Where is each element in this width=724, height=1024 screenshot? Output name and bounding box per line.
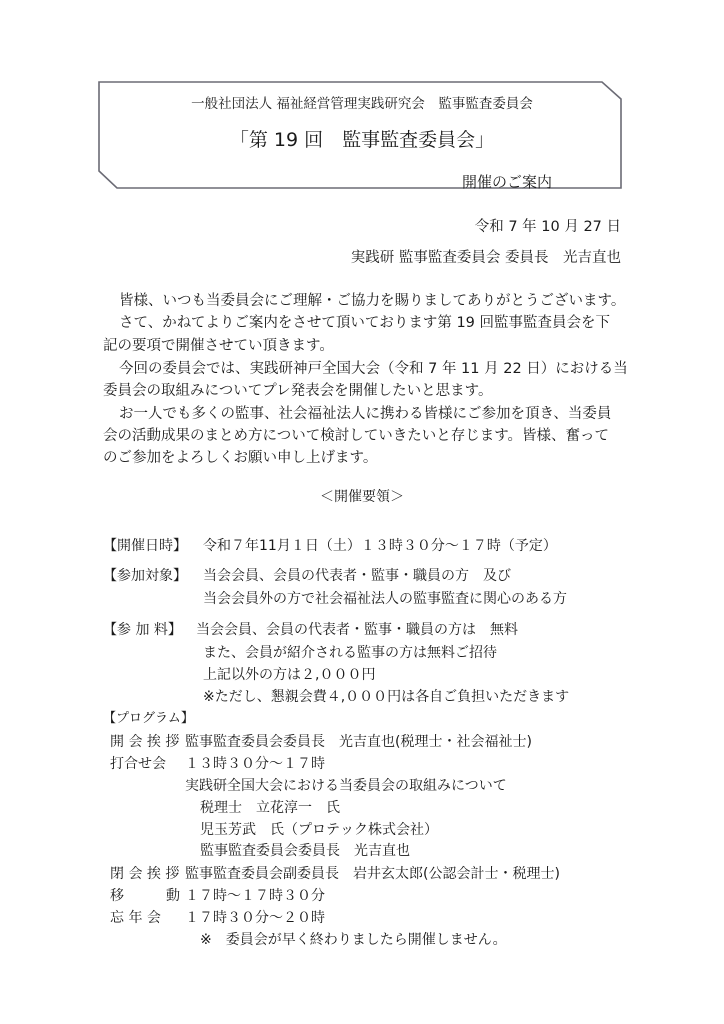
program-item-value: 監事監査委員会委員長 光吉直也 xyxy=(200,842,410,860)
body-line: 皆様、いつも当委員会にご理解・ご協力を賜りましてありがとうございます。 xyxy=(119,292,625,310)
datetime-value: 令和７年11月１日（土）１３時３０分～１７時（予定） xyxy=(203,537,557,555)
body-line: 今回の委員会では、実践研神戸全国大会（令和 7 年 11 月 22 日）における… xyxy=(119,360,628,378)
fee-line: また、会員が紹介される監事の方は無料ご招待 xyxy=(203,644,497,662)
program-item-value: １７時３０分～２０時 xyxy=(185,909,325,927)
program-item-value: １７時～１７時３０分 xyxy=(185,887,325,905)
program-item-name: 開 会 挨 拶 xyxy=(110,733,179,751)
body-line: のご参加をよろしくお願い申し上げます。 xyxy=(103,449,377,467)
program-item-value: 監事監査委員会委員長 光吉直也(税理士・社会福祉士) xyxy=(185,733,532,751)
document-page: 一般社団法人 福祉経営管理実践研究会 監事監査委員会 「第 19 回 監事監査委… xyxy=(0,0,724,1024)
program-item-name: 忘 年 会 xyxy=(110,909,161,927)
program-item-name: 閉 会 挨 拶 xyxy=(110,865,179,883)
audience-line: 当会会員、会員の代表者・監事・職員の方 及び xyxy=(203,567,511,585)
fee-label: 【参 加 料】 xyxy=(103,621,182,639)
audience-line: 当会会員外の方で社会福祉法人の監事監査に関心のある方 xyxy=(203,590,567,608)
fee-line: ※ただし、懇親会費４,０００円は各自ご負担いただきます xyxy=(203,688,569,706)
fee-line: 上記以外の方は２,０００円 xyxy=(203,666,375,684)
datetime-label: 【開催日時】 xyxy=(103,537,187,555)
body-line: 委員会の取組みについてプレ発表会を開催したいと思ます。 xyxy=(103,382,492,400)
sender: 実践研 監事監査委員会 委員長 光吉直也 xyxy=(351,249,621,267)
program-item-value: 監事監査委員会副委員長 岩井玄太郎(公認会計士・税理士) xyxy=(185,865,560,883)
organization-name: 一般社団法人 福祉経営管理実践研究会 監事監査委員会 xyxy=(0,95,724,113)
section-heading: ＜開催要領＞ xyxy=(0,488,724,506)
program-item-value: 児玉芳武 氏（プロテック株式会社） xyxy=(200,821,438,839)
program-item-name: 移 動 xyxy=(110,887,180,905)
fee-line: 当会会員、会員の代表者・監事・職員の方は 無料 xyxy=(196,621,518,639)
audience-label: 【参加対象】 xyxy=(103,567,187,585)
body-line: さて、かねてよりご案内をさせて頂いております第 19 回監事監査員会を下 xyxy=(119,314,610,332)
program-item-value: １３時３０分～１７時 xyxy=(185,755,325,773)
issue-date: 令和 7 年 10 月 27 日 xyxy=(475,218,621,236)
document-subtitle: 開催のご案内 xyxy=(462,173,552,191)
program-item-value: 実践研全国大会における当委員会の取組みについて xyxy=(185,777,507,795)
program-label: 【プログラム】 xyxy=(103,710,194,728)
document-title: 「第 19 回 監事監査委員会」 xyxy=(0,128,724,152)
program-item-value: 税理士 立花淳一 氏 xyxy=(200,799,340,817)
program-note: ※ 委員会が早く終わりましたら開催しません。 xyxy=(200,931,507,949)
body-line: 記の要項で開催させてい頂きます。 xyxy=(103,337,334,355)
body-line: 会の活動成果のまとめ方について検討していきたいと存じます。皆様、奮って xyxy=(103,427,609,445)
program-item-name: 打合せ会 xyxy=(110,755,166,773)
body-line: お一人でも多くの監事、社会福祉法人に携わる皆様にご参加を頂き、当委員 xyxy=(119,405,611,423)
